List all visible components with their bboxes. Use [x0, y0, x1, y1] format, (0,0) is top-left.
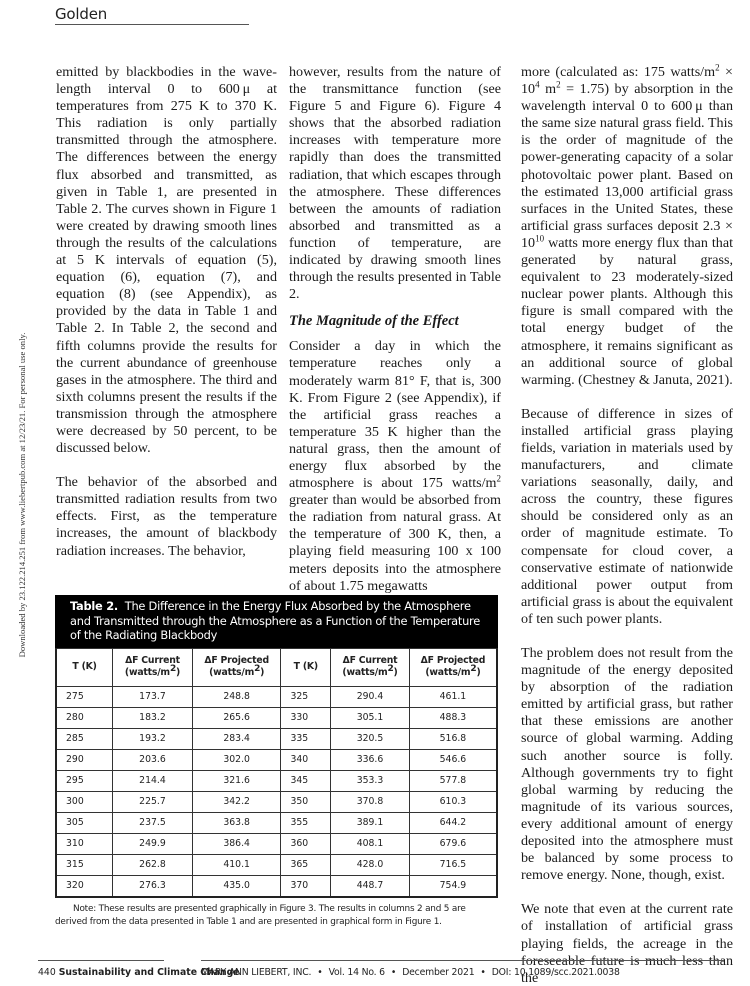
page-footer: 440 Sustainability and Climate Change MA… [38, 960, 738, 986]
text-column-1: emitted by blackbodies in the wave-lengt… [56, 64, 277, 560]
download-watermark: Downloaded by 23.122.214.251 from www.li… [14, 280, 30, 710]
table-row: 310249.9386.4360408.1679.6 [56, 833, 497, 854]
table-caption-text: The Difference in the Energy Flux Absorb… [70, 599, 480, 642]
download-watermark-text: Downloaded by 23.122.214.251 from www.li… [17, 333, 27, 658]
header-temperature: T (K) [281, 648, 331, 686]
running-head: Golden [55, 4, 249, 25]
footer-rule [201, 960, 724, 961]
paragraph: more (calculated as: 175 watts/m2 × 104 … [521, 64, 733, 389]
table-caption: Table 2. The Difference in the Energy Fl… [55, 595, 498, 648]
header-current: ΔF Current(watts/m2) [331, 648, 410, 686]
section-heading: The Magnitude of the Effect [289, 313, 501, 330]
doi-link[interactable]: DOI: 10.1089/scc.2021.0038 [492, 967, 620, 978]
table-row: 275173.7248.8325290.4461.1 [56, 686, 497, 707]
paragraph: however, results from the nature of the … [289, 64, 501, 303]
table-2: Table 2. The Difference in the Energy Fl… [55, 595, 498, 929]
running-head-author: Golden [55, 5, 107, 23]
paragraph: Because of difference in sizes of instal… [521, 406, 733, 628]
table-row: 295214.4321.6345353.3577.8 [56, 770, 497, 791]
table-row: 300225.7342.2350370.8610.3 [56, 791, 497, 812]
paragraph: emitted by blackbodies in the wave-lengt… [56, 64, 277, 457]
table-row: 280183.2265.6330305.1488.3 [56, 707, 497, 728]
table-row: 285193.2283.4335320.5516.8 [56, 728, 497, 749]
table-row: 320276.3435.0370448.7754.9 [56, 875, 497, 897]
table-note: Note: These results are presented graphi… [55, 903, 498, 929]
header-temperature: T (K) [56, 648, 113, 686]
table-label: Table 2. [70, 599, 118, 613]
paragraph: The behavior of the absorbed and transmi… [56, 474, 277, 559]
footer-citation: MARY ANN LIEBERT, INC.•Vol. 14 No. 6•Dec… [201, 967, 620, 978]
table-row: 305237.5363.8355389.1644.2 [56, 812, 497, 833]
publication-date: December 2021 [402, 967, 474, 978]
header-projected: ΔF Projected(watts/m2) [192, 648, 281, 686]
publisher: MARY ANN LIEBERT, INC. [201, 967, 311, 978]
text-column-2: however, results from the nature of the … [289, 64, 501, 595]
page-number: 440 [38, 967, 56, 978]
table-row: 315262.8410.1365428.0716.5 [56, 854, 497, 875]
data-table: T (K) ΔF Current(watts/m2) ΔF Projected(… [55, 648, 498, 898]
volume-issue: Vol. 14 No. 6 [329, 967, 385, 978]
footer-rule [38, 960, 164, 961]
header-projected: ΔF Projected(watts/m2) [409, 648, 497, 686]
table-header-row: T (K) ΔF Current(watts/m2) ΔF Projected(… [56, 648, 497, 686]
text-column-3: more (calculated as: 175 watts/m2 × 104 … [521, 64, 733, 986]
paragraph: Consider a day in which the temperature … [289, 338, 501, 594]
table-row: 290203.6302.0340336.6546.6 [56, 749, 497, 770]
header-current: ΔF Current(watts/m2) [113, 648, 193, 686]
paragraph: The problem does not result from the mag… [521, 645, 733, 884]
